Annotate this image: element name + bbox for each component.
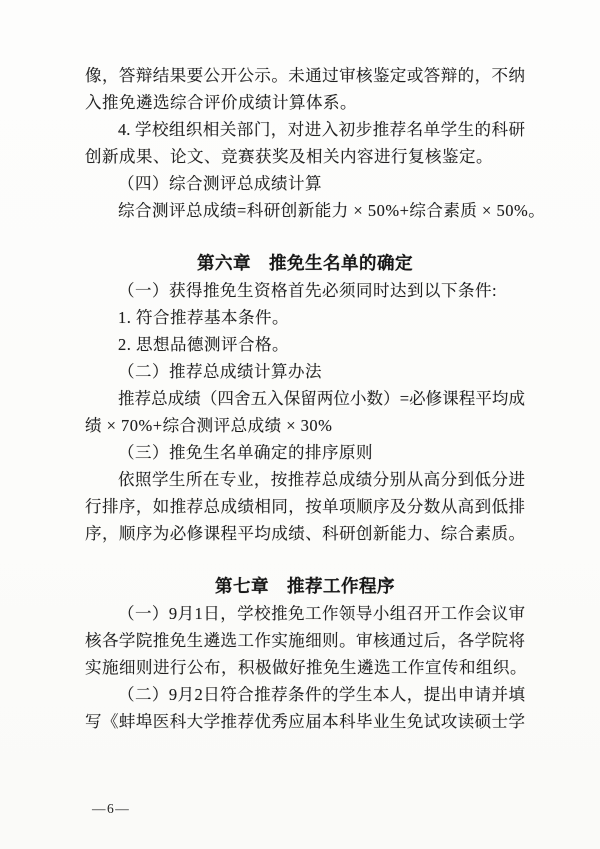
document-page: 像，答辩结果要公开公示。未通过审核鉴定或答辩的，不纳 入推免遴选综合评价成绩计算… <box>0 0 600 849</box>
formula-line: 综合测评总成绩=科研创新能力 × 50%+综合素质 × 50%。 <box>85 197 525 224</box>
chapter-7-heading: 第七章 推荐工作程序 <box>85 573 525 600</box>
text-line: （二）推荐总成绩计算办法 <box>85 358 525 385</box>
document-body: 像，答辩结果要公开公示。未通过审核鉴定或答辩的，不纳 入推免遴选综合评价成绩计算… <box>0 0 600 735</box>
text-line: 写《蚌埠医科大学推荐优秀应届本科毕业生免试攻读硕士学 <box>85 708 525 735</box>
text-line: 行排序，如推荐总成绩相同，按单项顺序及分数从高到低排 <box>85 493 525 520</box>
list-item: 2. 思想品德测评合格。 <box>85 331 525 358</box>
chapter-6-heading: 第六章 推免生名单的确定 <box>85 250 525 277</box>
text-line: 实施细则进行公布，积极做好推免生遴选工作宣传和组织。 <box>85 654 525 681</box>
text-line: 依照学生所在专业，按推荐总成绩分别从高分到低分进 <box>85 466 525 493</box>
text-line: 序，顺序为必修课程平均成绩、科研创新能力、综合素质。 <box>85 520 525 547</box>
formula-line: 绩 × 70%+综合测评总成绩 × 30% <box>85 412 525 439</box>
text-line: 像，答辩结果要公开公示。未通过审核鉴定或答辩的，不纳 <box>85 62 525 89</box>
list-item: 1. 符合推荐基本条件。 <box>85 304 525 331</box>
text-line: 入推免遴选综合评价成绩计算体系。 <box>85 89 525 116</box>
text-line: （一）9月1日，学校推免工作领导小组召开工作会议审 <box>85 600 525 627</box>
text-line: 4. 学校组织相关部门，对进入初步推荐名单学生的科研 <box>85 116 525 143</box>
text-line: （四）综合测评总成绩计算 <box>85 170 525 197</box>
formula-line: 推荐总成绩（四舍五入保留两位小数）=必修课程平均成 <box>85 385 525 412</box>
text-line: （三）推免生名单确定的排序原则 <box>85 439 525 466</box>
text-line: 核各学院推免生遴选工作实施细则。审核通过后，各学院将 <box>85 627 525 654</box>
text-line: （二）9月2日符合推荐条件的学生本人，提出申请并填 <box>85 681 525 708</box>
text-line: （一）获得推免生资格首先必须同时达到以下条件: <box>85 277 525 304</box>
page-number: —6— <box>92 801 130 817</box>
text-line: 创新成果、论文、竞赛获奖及相关内容进行复核鉴定。 <box>85 143 525 170</box>
